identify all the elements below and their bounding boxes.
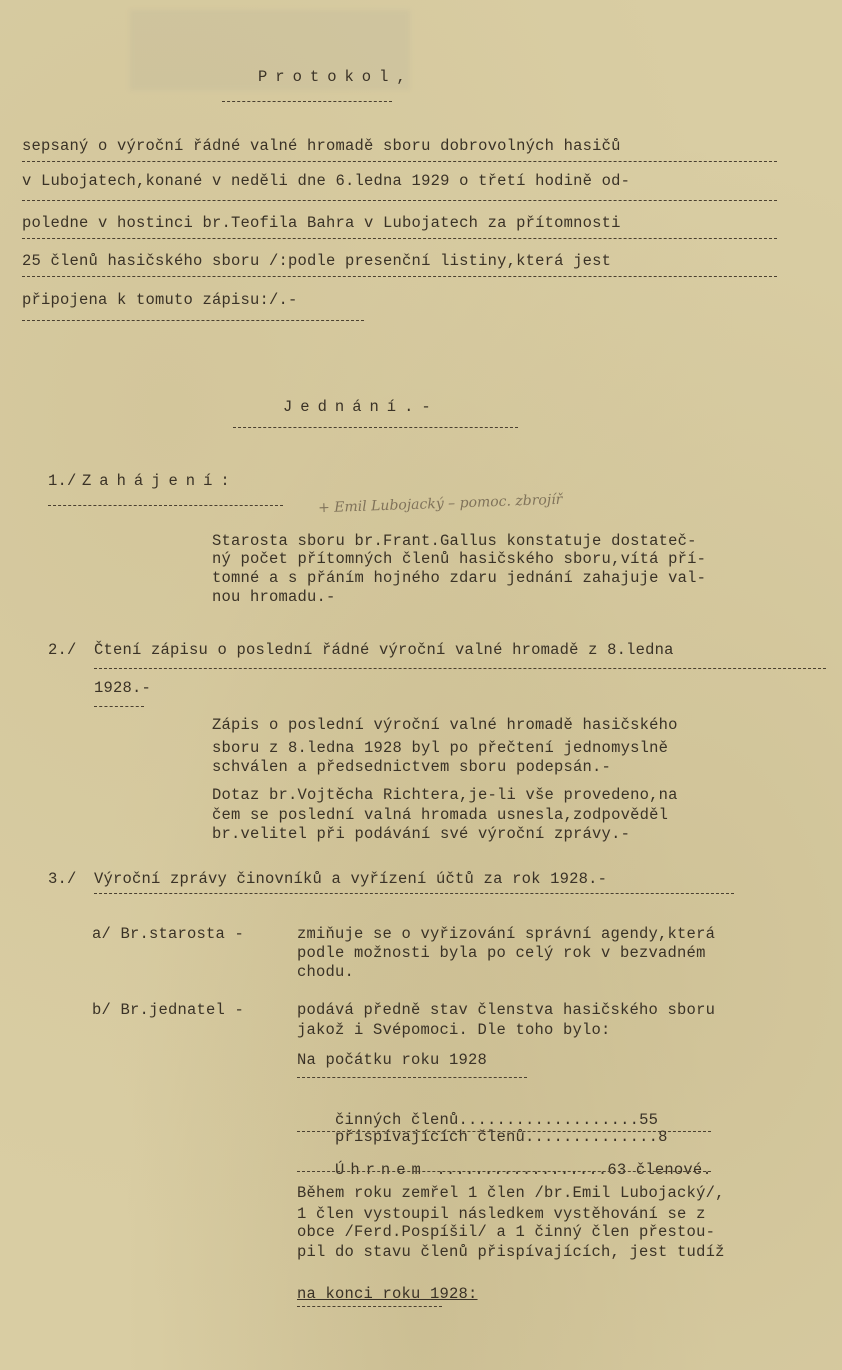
underline — [22, 238, 777, 239]
section-heading: Jednání.- — [283, 398, 439, 416]
underline — [22, 161, 777, 162]
item-heading: Výroční zprávy činovníků a vyřízení účtů… — [94, 870, 607, 888]
underline — [94, 893, 734, 894]
intro-line: 25 členů hasičského sboru /:podle presen… — [22, 252, 611, 270]
item-number: 2./ — [48, 641, 77, 659]
subitem-line: podává předně stav členstva hasičského s… — [297, 1001, 715, 1019]
paragraph-line: tomné a s přáním hojného zdaru jednání z… — [212, 569, 706, 587]
paragraph-line: pil do stavu členů přispívajících, jest … — [297, 1243, 725, 1261]
total-label: Úhrnem — [335, 1161, 427, 1179]
underline — [297, 1171, 711, 1172]
item-heading: 1928.- — [94, 679, 151, 697]
paragraph-line: nou hromadu.- — [212, 588, 336, 606]
underline — [297, 1306, 442, 1307]
item-number: 3./ — [48, 870, 77, 888]
item-number: 1./ — [48, 472, 77, 490]
document-page: Protokol, sepsaný o výroční řádné valné … — [0, 0, 842, 1370]
intro-line: připojena k tomuto zápisu:/.- — [22, 291, 298, 309]
paragraph-line: obce /Ferd.Pospíšil/ a 1 činný člen přes… — [297, 1223, 715, 1241]
subitem-line: podle možnosti byla po celý rok v bezvad… — [297, 944, 706, 962]
underline — [297, 1131, 711, 1132]
intro-line: sepsaný o výroční řádné valné hromadě sb… — [22, 137, 621, 155]
subitem-line: chodu. — [297, 963, 354, 981]
paragraph-line: Starosta sboru br.Frant.Gallus konstatuj… — [212, 532, 697, 550]
paragraph-line: čem se poslední valná hromada usnesla,zo… — [212, 806, 668, 824]
paragraph-line: Dotaz br.Vojtěcha Richtera,je-li vše pro… — [212, 786, 678, 804]
underline — [94, 706, 144, 707]
item-heading: Čtení zápisu o poslední řádné výroční va… — [94, 641, 674, 659]
underline — [94, 668, 826, 669]
total-value: 63 — [607, 1161, 626, 1179]
underline — [22, 276, 777, 277]
intro-line: poledne v hostinci br.Teofila Bahra v Lu… — [22, 214, 621, 232]
paragraph-line: sboru z 8.ledna 1928 byl po přečtení jed… — [212, 739, 668, 757]
subitem-line: zmiňuje se o vyřizování správní agendy,k… — [297, 925, 715, 943]
underline — [297, 1077, 527, 1078]
closing-heading: na konci roku 1928: — [297, 1285, 478, 1303]
handwritten-note: + Emil Lubojacký – pomoc. zbrojíř — [318, 492, 563, 517]
total-unit: členové. — [636, 1161, 712, 1179]
item-heading: Zahájení: — [82, 472, 238, 490]
subitem-line: jakož i Svépomoci. Dle toho bylo: — [297, 1021, 611, 1039]
underline — [22, 320, 364, 321]
paragraph-line: schválen a předsednictvem sboru podepsán… — [212, 758, 611, 776]
title-underline — [222, 101, 392, 102]
subitem-label: a/ Br.starosta - — [92, 925, 244, 943]
intro-line: v Lubojatech,konané v neděli dne 6.ledna… — [22, 172, 630, 190]
subitem-label: b/ Br.jednatel - — [92, 1001, 244, 1019]
underline — [22, 200, 777, 201]
paragraph-line: 1 člen vystoupil následkem vystěhování s… — [297, 1205, 706, 1223]
paragraph-line: br.velitel při podávání své výroční zprá… — [212, 825, 630, 843]
leader-dots: .................. — [427, 1161, 608, 1179]
section-underline — [233, 427, 518, 428]
table-heading: Na počátku roku 1928 — [297, 1051, 487, 1069]
paragraph-line: Během roku zemřel 1 člen /br.Emil Luboja… — [297, 1184, 725, 1202]
document-title: Protokol, — [258, 68, 414, 86]
paragraph-line: ný počet přítomných členů hasičského sbo… — [212, 550, 706, 568]
underline — [48, 505, 283, 506]
paragraph-line: Zápis o poslední výroční valné hromadě h… — [212, 716, 678, 734]
